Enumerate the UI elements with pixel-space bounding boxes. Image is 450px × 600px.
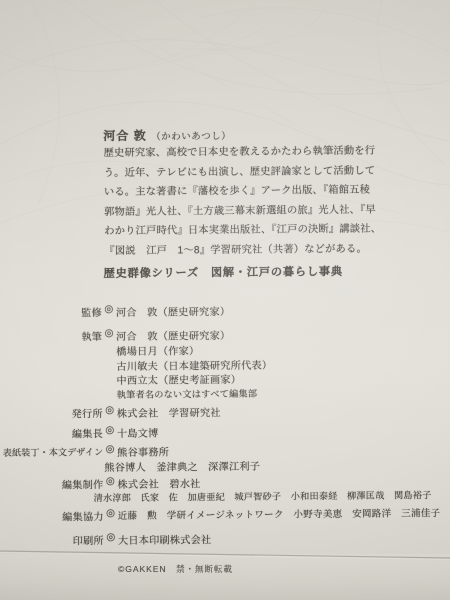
book-page-photo: 河合 敦 （かわいあつし） 歴史研究家、高校で日本史を教えるかたわら執筆活動を行… (0, 0, 450, 600)
page-edge-line (0, 0, 450, 600)
copyright-notice: ©GAKKEN 禁・無断転載 (118, 563, 233, 575)
